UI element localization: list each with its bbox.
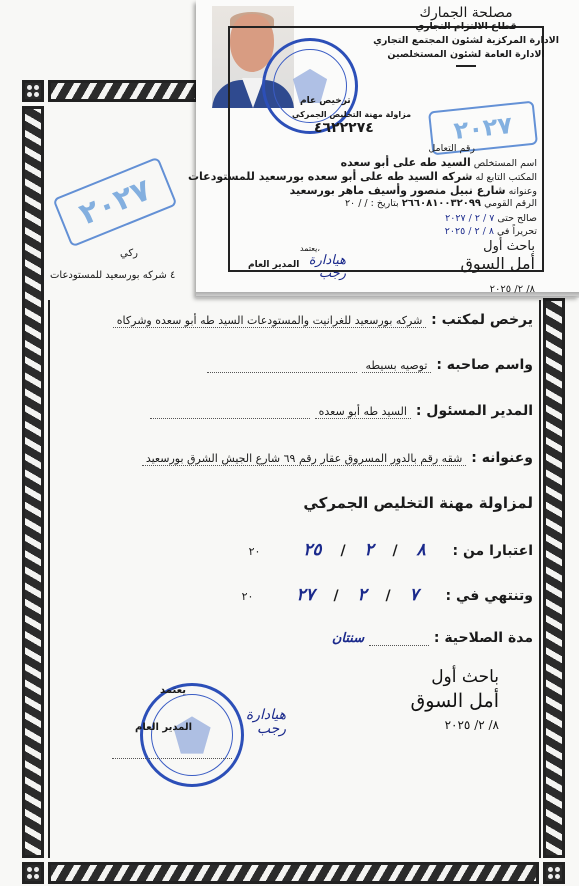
year-stamp-left: ٢٠٢٧: [52, 157, 177, 248]
official-seal-bottom: [140, 683, 244, 787]
border-corner-bottom-right: [543, 862, 565, 884]
profession-label: مزاولة مهنة التخليص الجمركي: [292, 110, 411, 119]
approval-label: يعتمد: [160, 685, 186, 696]
border-right: [543, 298, 565, 858]
card-valid-until: صالح حتى ٧ / ٢ / ٢٠٢٧: [445, 213, 537, 224]
card-general-manager-label: المدير العام: [248, 260, 299, 270]
card-field-office: المكتب التابع له شركه السيد طه على أبو س…: [188, 170, 537, 183]
underlying-text-fragment-1: ركي: [120, 248, 138, 259]
form-field-office: يرخص لمكتب : شركه بورسعيد للغرانيت والمس…: [52, 312, 533, 328]
manager-signature: هيادارة رجب: [236, 708, 286, 736]
researcher-note: باحث أول أمل السوق ٨/ ٢/ ٢٠٢٥: [411, 665, 499, 737]
border-left: [22, 106, 44, 858]
customs-broker-license-card: مصلحة الجمارك قطاع الالتزام التجاري الاد…: [196, 0, 579, 296]
border-top: [48, 80, 198, 102]
dealing-number-label: رقم التعامل: [428, 143, 475, 154]
card-shadow: [196, 292, 579, 298]
valid-to-row: وتنتهي في : ٧ / ٢ / ٢٧ ٢٠: [52, 585, 533, 605]
valid-from-row: اعتبارا من : ٨ / ٢ / ٢٥ ٢٠: [52, 540, 533, 560]
border-corner-bottom-left: [22, 862, 44, 884]
card-approved-label: يعتمد،: [300, 244, 320, 253]
general-manager-label: المدير العام: [135, 722, 192, 733]
profession-title: لمزاولة مهنة التخليص الجمركي: [52, 494, 533, 512]
card-researcher-note: باحث أول أمل السوق: [461, 238, 536, 272]
card-field-national-id: الرقم القومي ٢٦٦٠٨١٠٠٣٢٠٩٩ بتاريخ : / / …: [345, 198, 537, 209]
card-issued: تحريراً في ٨ / ٢ / ٢٠٢٥: [445, 226, 537, 237]
license-type: ترخيص عام: [300, 96, 351, 106]
card-manager-signature: هيادارة رجب: [300, 254, 346, 280]
form-field-owner: واسم صاحبه : توصيه بسيطه: [52, 357, 533, 373]
card-field-address: وعنوانه شارع نبيل منصور وأسيف ماهر بورسع…: [290, 184, 537, 197]
form-field-address: وعنوانه : شقه رقم بالدور المسروق عقار رق…: [52, 450, 533, 466]
underlying-text-fragment-2: ٤ شركه بورسعيد للمستودعات: [50, 270, 175, 281]
card-field-name: اسم المستخلص السيد طه على أبو سعده: [341, 156, 537, 169]
border-corner-top-left: [22, 80, 44, 102]
signature-line: [112, 758, 232, 759]
license-number: ٤٦٢٢٢٧٤: [314, 120, 374, 136]
validity-row: مدة الصلاحية : سنتان: [52, 630, 533, 646]
scanned-license-document: ٢٠٢٧ ركي ٤ شركه بورسعيد للمستودعات يرخص …: [0, 0, 579, 886]
card-header: مصلحة الجمارك قطاع الالتزام التجاري الاد…: [373, 6, 559, 67]
form-field-manager: المدير المسئول : السيد طه أبو سعده: [52, 403, 533, 419]
border-bottom: [48, 862, 539, 884]
